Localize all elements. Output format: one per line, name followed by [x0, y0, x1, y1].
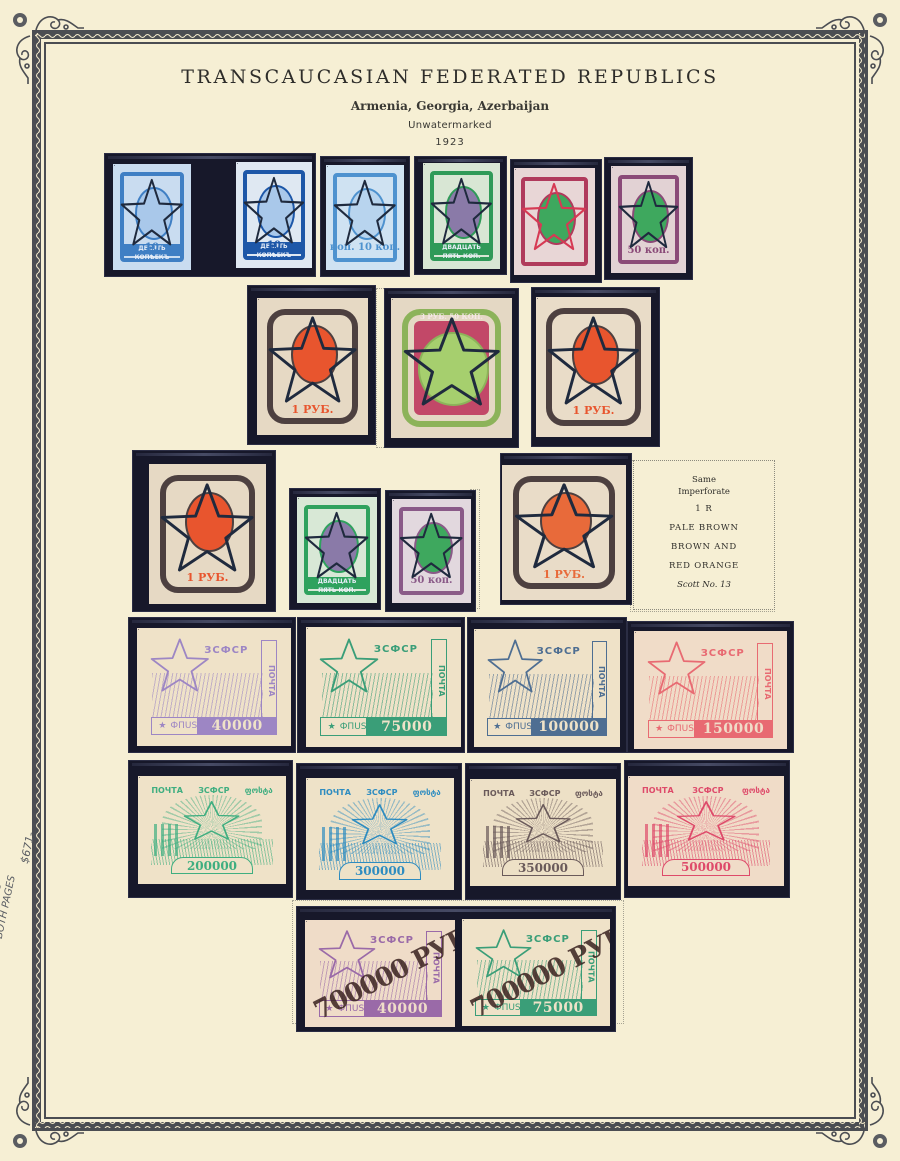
inscription-text: ПОЧТА — [319, 788, 351, 797]
stamp[interactable]: ДВАДЦАТЬ ПЯТЬ КОП. — [423, 163, 500, 269]
stamp[interactable]: ДЕСЯТЬ КОПѢЕКЪ10 — [113, 164, 191, 270]
watermark-note: Unwatermarked — [0, 120, 900, 131]
stamp-denomination: 10 — [113, 242, 191, 253]
inscription-text: ფოსტა — [575, 789, 603, 798]
coat-of-arms-icon — [414, 522, 453, 574]
stamp[interactable]: 1 РУБ. — [536, 297, 651, 437]
stamp-denomination: коп. 10 коп. — [326, 242, 404, 253]
imperforate-description-box: Same Imperforate 1 R PALE BROWN BROWN AN… — [633, 460, 775, 610]
stamp-banner-text: ЗСФСР — [518, 934, 577, 945]
stamp-side-text: ПОЧТА — [431, 639, 447, 723]
stamp-side-text: ПОЧТА — [757, 643, 773, 726]
stamp[interactable]: 1 РУБ. — [149, 464, 266, 604]
stamp-denomination: 40000 — [197, 717, 277, 736]
landscape-engraving — [152, 673, 263, 718]
landscape-engraving — [649, 676, 759, 721]
stamp-denomination: 1 РУБ. — [536, 404, 651, 417]
inscription-text: ფოსტა — [245, 786, 273, 795]
inscription-text: ЗСФСР — [366, 788, 397, 797]
stamp-denomination: 300000 — [339, 862, 422, 880]
inscription-text: ЗСФСР — [692, 786, 723, 795]
stamp[interactable]: ПОЧТАЗСФСРფოსტა200000 — [138, 776, 286, 884]
issue-year: 1923 — [0, 137, 900, 148]
stamp-denomination: 1 РУБ. — [257, 403, 368, 416]
stamp-banner-text: ЗСФСР — [692, 648, 753, 659]
desc-line: 1 R — [634, 504, 774, 514]
oil-derrick-icon — [322, 827, 349, 861]
coat-of-arms-icon — [540, 492, 591, 550]
coat-of-arms-icon — [418, 332, 490, 406]
stamp-denomination: 1 РУБ. — [149, 571, 266, 584]
value-band: ДВАДЦАТЬ ПЯТЬ КОП. — [308, 577, 366, 590]
stamp-denomination: 200000 — [171, 857, 254, 874]
small-star-icon: ★ — [158, 721, 166, 731]
stamp[interactable] — [514, 168, 595, 275]
coat-of-arms-icon — [135, 187, 173, 240]
stamp[interactable]: ЗСФСРПОЧТА★ФПUS75000 — [306, 627, 461, 747]
pencil-catalog-note: Scott 2005 BOTH PAGES — [0, 798, 35, 940]
stamp[interactable]: ЗСФСРПОЧТА★ФПUS40000700000 РУБ. — [305, 920, 455, 1027]
stamp-side-text: ПОЧТА — [261, 640, 277, 723]
inscription-text: ЗСФСР — [198, 786, 229, 795]
value-band: ДВАДЦАТЬ ПЯТЬ КОП. — [434, 243, 489, 256]
stamp-denomination: 500000 — [662, 859, 749, 877]
inscription-text: ფოსტა — [413, 788, 441, 797]
stamp[interactable]: коп. 10 коп. — [326, 165, 404, 270]
stamp-denomination: 50 коп. — [611, 245, 686, 256]
inscription-text: ПОЧТА — [642, 786, 674, 795]
stamp-denomination: 75000 — [520, 999, 597, 1016]
desc-line: Scott No. 13 — [634, 580, 774, 590]
star-hammer-sickle-icon — [182, 800, 241, 843]
stamp[interactable]: ЗСФСРПОЧТА★ФПUS40000 — [137, 628, 291, 746]
stamp[interactable]: 50 коп. — [392, 499, 471, 603]
desc-line: RED ORANGE — [634, 561, 774, 571]
stamp[interactable]: ПОЧТАЗСФСРფოსტა350000 — [470, 779, 616, 886]
stamp[interactable]: 50 коп. — [611, 166, 686, 273]
desc-line: PALE BROWN — [634, 523, 774, 533]
stamp[interactable]: ПОЧТАЗСФСРფოსტა500000 — [628, 776, 784, 886]
oil-derrick-icon — [154, 824, 181, 856]
inscription-text: ფოსტა — [742, 786, 770, 795]
desc-line: Same — [634, 475, 774, 485]
inscription-text: ПОЧТА — [151, 786, 183, 795]
page-title: TRANSCAUCASIAN FEDERATED REPUBLICS — [0, 66, 900, 88]
coat-of-arms-icon — [319, 520, 358, 573]
fius-text: ФПUS — [340, 722, 367, 732]
page-subtitle: Armenia, Georgia, Azerbaijan — [0, 99, 900, 113]
stamp-top-inscription: ПОЧТАЗСФСРფოსტა — [483, 789, 603, 798]
oil-derrick-icon — [645, 824, 673, 857]
stamp-denomination: 40000 — [364, 1000, 442, 1017]
stamp-top-inscription: ПОЧТАЗСФСРფოსტა — [319, 788, 440, 797]
corner-flourish-icon — [814, 1075, 894, 1155]
corner-flourish-icon — [6, 1075, 86, 1155]
stamp-denomination: 3 РУБ. 50 КОП. — [391, 312, 512, 321]
landscape-engraving — [489, 674, 594, 719]
small-star-icon: ★ — [328, 722, 336, 732]
fius-text: ФПUS — [505, 722, 532, 732]
coat-of-arms-icon — [185, 492, 233, 552]
stamp[interactable]: 3 РУБ. 50 КОП. — [391, 298, 512, 438]
stamp[interactable]: ПОЧТАЗСФСРფოსტა300000 — [306, 778, 454, 890]
stamp[interactable]: ДЕСЯТЬ КОПѢЕКЪ10 — [236, 162, 312, 268]
stamp-denomination: 100000 — [531, 718, 607, 737]
stamp[interactable]: 1 РУБ. — [502, 465, 626, 600]
coat-of-arms-icon — [632, 190, 669, 243]
coat-of-arms-icon — [291, 325, 337, 384]
landscape-engraving — [322, 673, 434, 719]
stamp-banner-text: ЗСФСР — [529, 646, 587, 657]
stamp-denomination: 50 коп. — [392, 575, 471, 586]
stamp-denomination: 1 РУБ. — [502, 568, 626, 581]
stamp-denomination: 350000 — [502, 859, 584, 876]
stamp[interactable]: ЗСФСРПОЧТА★ФПUS150000 — [634, 631, 787, 749]
desc-line: BROWN AND — [634, 542, 774, 552]
stamp[interactable]: ЗСФСРПОЧТА★ФПUS100000 — [474, 629, 620, 747]
stamp-denomination: 150000 — [694, 720, 774, 739]
star-hammer-sickle-icon — [675, 800, 737, 844]
inscription-text: ЗСФСР — [529, 789, 560, 798]
stamp-banner-text: ЗСФСР — [365, 644, 427, 655]
album-page: TRANSCAUCASIAN FEDERATED REPUBLICS Armen… — [0, 0, 900, 1161]
oil-derrick-icon — [486, 826, 512, 858]
star-hammer-sickle-icon — [514, 803, 572, 846]
coat-of-arms-icon — [445, 186, 483, 239]
fius-text: ФПUS — [170, 721, 197, 731]
desc-line: Imperforate — [634, 487, 774, 497]
small-star-icon: ★ — [655, 724, 663, 734]
stamp[interactable]: 1 РУБ. — [257, 298, 368, 435]
stamp-banner-text: ЗСФСР — [362, 935, 422, 946]
star-hammer-sickle-icon — [350, 803, 409, 848]
stamp-denomination: 75000 — [366, 717, 447, 736]
stamp-top-inscription: ПОЧТАЗСФСРფოსტა — [642, 786, 770, 795]
stamp-side-text: ПОЧТА — [592, 641, 607, 724]
coat-of-arms-icon — [257, 185, 294, 238]
small-star-icon: ★ — [493, 722, 501, 732]
stamp[interactable]: ЗСФСРПОЧТА★ФПUS75000700000 РУБ. — [462, 919, 610, 1026]
fius-text: ФПUS — [667, 724, 694, 734]
stamp-denomination: 10 — [236, 240, 312, 251]
stamp[interactable]: ДВАДЦАТЬ ПЯТЬ КОП. — [297, 497, 377, 603]
coat-of-arms-icon — [572, 325, 620, 385]
stamp-banner-text: ЗСФСР — [196, 645, 258, 656]
stamp-top-inscription: ПОЧТАЗСФСРფოსტა — [151, 786, 272, 795]
coat-of-arms-icon — [537, 192, 577, 245]
inscription-text: ПОЧТА — [483, 789, 515, 798]
